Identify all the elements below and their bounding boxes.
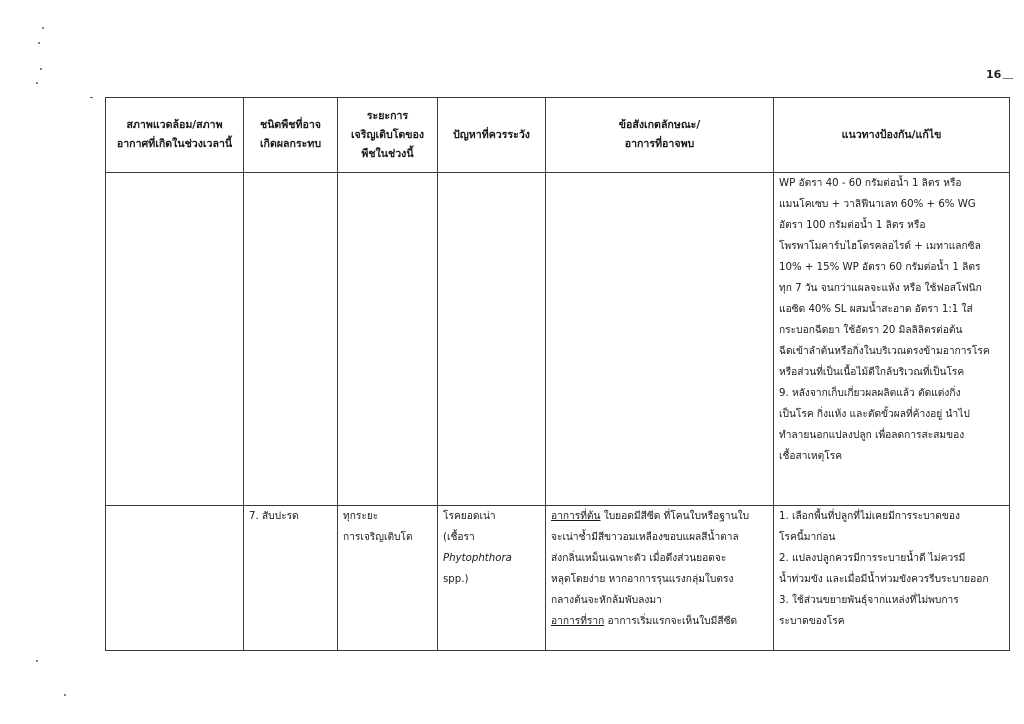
cell-prevention: 1. เลือกพื้นที่ปลูกที่ไม่เคยมีการระบาดขอ… [774,506,1010,651]
cell-crop: 7. สับปะรด [244,506,338,651]
cell-symptoms [546,173,774,506]
scan-speck [38,42,40,44]
crop-name: 7. สับปะรด [249,506,332,527]
cell-prevention: WP อัตรา 40 - 60 กรัมต่อน้ำ 1 ลิตร หรือ … [774,173,1010,506]
cell-problem: โรคยอดเน่า (เชื้อรา Phytophthora spp.) [438,506,546,651]
disease-name: โรคยอดเน่า [443,506,540,527]
scan-speck [36,660,38,662]
stem-symptom-label: อาการที่ต้น [551,511,601,522]
cell-symptoms: อาการที่ต้น ใบยอดมีสีซีด ที่โคนใบหรือฐาน… [546,506,774,651]
header-crop: ชนิดพืชที่อาจ เกิดผลกระทบ [244,98,338,173]
scan-speck [40,68,42,70]
table-row: 7. สับปะรด ทุกระยะ การเจริญเติบโต โรคยอด… [106,506,1010,651]
header-environment: สภาพแวดล้อม/สภาพ อากาศที่เกิดในช่วงเวลาน… [106,98,244,173]
cell-growth-stage: ทุกระยะ การเจริญเติบโต [338,506,438,651]
table-row: WP อัตรา 40 - 60 กรัมต่อน้ำ 1 ลิตร หรือ … [106,173,1010,506]
header-problem: ปัญหาที่ควรระวัง [438,98,546,173]
header-growth-stage: ระยะการ เจริญเติบโตของ พืชในช่วงนี้ [338,98,438,173]
header-symptoms: ข้อสังเกตลักษณะ/ อาการที่อาจพบ [546,98,774,173]
cell-environment [106,506,244,651]
pathogen-name: Phytophthora [443,548,540,569]
cell-problem [438,173,546,506]
cell-crop [244,173,338,506]
scan-speck [42,27,44,29]
crop-problem-table: สภาพแวดล้อม/สภาพ อากาศที่เกิดในช่วงเวลาน… [105,97,1010,651]
page-number: 16 [986,68,1001,81]
table-header-row: สภาพแวดล้อม/สภาพ อากาศที่เกิดในช่วงเวลาน… [106,98,1010,173]
cell-growth-stage [338,173,438,506]
cell-environment [106,173,244,506]
scan-speck [36,82,38,84]
scan-speck [64,694,66,696]
header-prevention: แนวทางป้องกัน/แก้ไข [774,98,1010,173]
root-symptom-label: อาการที่ราก [551,616,604,627]
scan-speck [90,97,93,98]
